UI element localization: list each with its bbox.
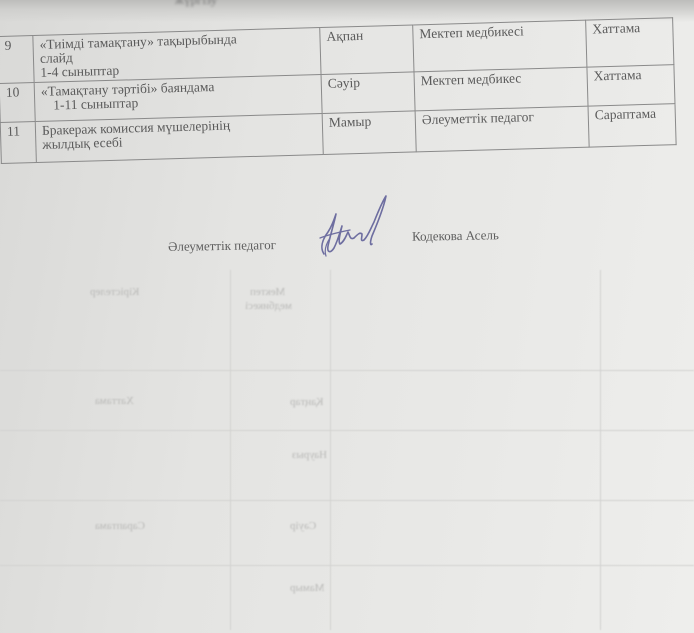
row-month: Сәуір	[321, 72, 415, 114]
document-page: 9 «Тиімді тамақтану» тақырыбында слайд 1…	[0, 0, 694, 633]
row-responsible: Мектеп медбикесі	[413, 20, 587, 72]
row-outcome: Хаттама	[586, 18, 674, 67]
signer-name: Кодекова Асель	[412, 227, 499, 245]
row-description: «Тиімді тамақтану» тақырыбында слайд 1-4…	[33, 28, 321, 83]
plan-table: 9 «Тиімді тамақтану» тақырыбында слайд 1…	[0, 17, 677, 164]
row-number: 10	[0, 83, 35, 123]
row-responsible: Әлеуметтік педагог	[415, 106, 589, 152]
row-responsible: Мектеп медбикес	[414, 67, 588, 111]
row-month: Мамыр	[322, 111, 416, 155]
row-number: 9	[0, 36, 34, 84]
row-month: Ақпан	[320, 25, 414, 75]
row-outcome: Сараптама	[588, 104, 676, 147]
row-outcome: Хаттама	[587, 65, 675, 106]
signature-block: Әлеуметтік педагог Кодекова Асель	[0, 228, 694, 268]
row-number: 11	[0, 122, 36, 164]
row-description: Бракераж комиссия мүшелерінің жылдық есе…	[35, 114, 323, 163]
signature-icon	[310, 192, 400, 262]
signer-role: Әлеуметтік педагог	[168, 237, 276, 255]
